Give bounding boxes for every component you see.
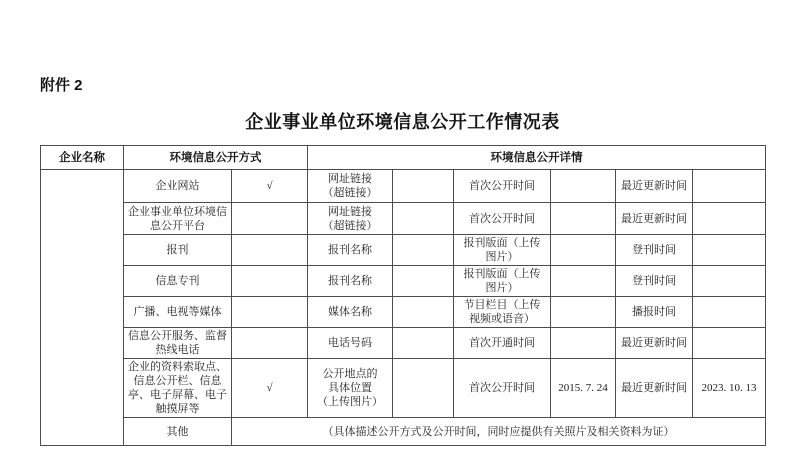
value-cell: 2023. 10. 13 <box>693 359 766 418</box>
value-cell <box>393 170 454 203</box>
field-label: 报刊名称 <box>308 266 393 297</box>
value-cell <box>693 170 766 203</box>
value-cell <box>551 235 616 266</box>
field-label: 登刊时间 <box>616 266 693 297</box>
value-cell <box>551 170 616 203</box>
check-mark-cell: √ <box>232 359 308 418</box>
field-label: 报刊版面（上传 图片） <box>454 266 551 297</box>
field-label: 公开地点的 具体位置 （上传图片） <box>308 359 393 418</box>
method-label: 企业事业单位环境信息公开平台 <box>124 203 232 235</box>
field-label: 电话号码 <box>308 328 393 359</box>
method-label: 广播、电视等媒体 <box>124 297 232 328</box>
value-cell <box>551 266 616 297</box>
col-header-detail: 环境信息公开详情 <box>308 146 766 170</box>
other-note: （具体描述公开方式及公开时间，同时应提供有关照片及相关资料为证） <box>232 418 766 446</box>
company-name-cell <box>41 170 124 446</box>
field-label: 播报时间 <box>616 297 693 328</box>
table-row: 企业网站 √ 网址链接 （超链接） 首次公开时间 最近更新时间 <box>41 170 766 203</box>
field-label: 首次公开时间 <box>454 203 551 235</box>
value-cell <box>393 297 454 328</box>
table-row: 企业的资料索取点、信息公开栏、信息亭、电子屏幕、电子触摸屏等 √ 公开地点的 具… <box>41 359 766 418</box>
table-row: 信息专刊 报刊名称 报刊版面（上传 图片） 登刊时间 <box>41 266 766 297</box>
field-label: 节目栏目（上传 视频或语音） <box>454 297 551 328</box>
method-label: 企业的资料索取点、信息公开栏、信息亭、电子屏幕、电子触摸屏等 <box>124 359 232 418</box>
attachment-label: 附件 2 <box>40 74 83 95</box>
value-cell <box>393 235 454 266</box>
value-cell <box>393 266 454 297</box>
value-cell <box>693 235 766 266</box>
value-cell <box>693 328 766 359</box>
value-cell: 2015. 7. 24 <box>551 359 616 418</box>
field-label: 网址链接 （超链接） <box>308 203 393 235</box>
col-header-company-name: 企业名称 <box>41 146 124 170</box>
table-row: 报刊 报刊名称 报刊版面（上传 图片） 登刊时间 <box>41 235 766 266</box>
field-label: 媒体名称 <box>308 297 393 328</box>
value-cell <box>393 203 454 235</box>
field-label: 首次开通时间 <box>454 328 551 359</box>
check-mark-cell <box>232 266 308 297</box>
other-row: 其他 （具体描述公开方式及公开时间，同时应提供有关照片及相关资料为证） <box>41 418 766 446</box>
check-mark-cell: √ <box>232 170 308 203</box>
field-label: 网址链接 （超链接） <box>308 170 393 203</box>
method-label: 企业网站 <box>124 170 232 203</box>
value-cell <box>551 203 616 235</box>
field-label: 登刊时间 <box>616 235 693 266</box>
field-label: 首次公开时间 <box>454 359 551 418</box>
field-label: 最近更新时间 <box>616 203 693 235</box>
value-cell <box>551 297 616 328</box>
field-label: 首次公开时间 <box>454 170 551 203</box>
field-label: 报刊名称 <box>308 235 393 266</box>
check-mark-cell <box>232 328 308 359</box>
method-label: 信息公开服务、监督热线电话 <box>124 328 232 359</box>
header-row: 企业名称 环境信息公开方式 环境信息公开详情 <box>41 146 766 170</box>
value-cell <box>393 328 454 359</box>
method-label: 信息专刊 <box>124 266 232 297</box>
other-method-label: 其他 <box>124 418 232 446</box>
method-label: 报刊 <box>124 235 232 266</box>
table-row: 信息公开服务、监督热线电话 电话号码 首次开通时间 最近更新时间 <box>41 328 766 359</box>
value-cell <box>693 297 766 328</box>
field-label: 报刊版面（上传 图片） <box>454 235 551 266</box>
field-label: 最近更新时间 <box>616 359 693 418</box>
field-label: 最近更新时间 <box>616 170 693 203</box>
table-row: 广播、电视等媒体 媒体名称 节目栏目（上传 视频或语音） 播报时间 <box>41 297 766 328</box>
value-cell <box>393 359 454 418</box>
page-title: 企业事业单位环境信息公开工作情况表 <box>40 108 765 134</box>
value-cell <box>551 328 616 359</box>
field-label: 最近更新时间 <box>616 328 693 359</box>
check-mark-cell <box>232 235 308 266</box>
disclosure-table: 企业名称 环境信息公开方式 环境信息公开详情 企业网站 √ 网址链接 （超链接）… <box>40 145 766 446</box>
col-header-method: 环境信息公开方式 <box>124 146 308 170</box>
table-row: 企业事业单位环境信息公开平台 网址链接 （超链接） 首次公开时间 最近更新时间 <box>41 203 766 235</box>
value-cell <box>693 203 766 235</box>
check-mark-cell <box>232 297 308 328</box>
value-cell <box>693 266 766 297</box>
check-mark-cell <box>232 203 308 235</box>
